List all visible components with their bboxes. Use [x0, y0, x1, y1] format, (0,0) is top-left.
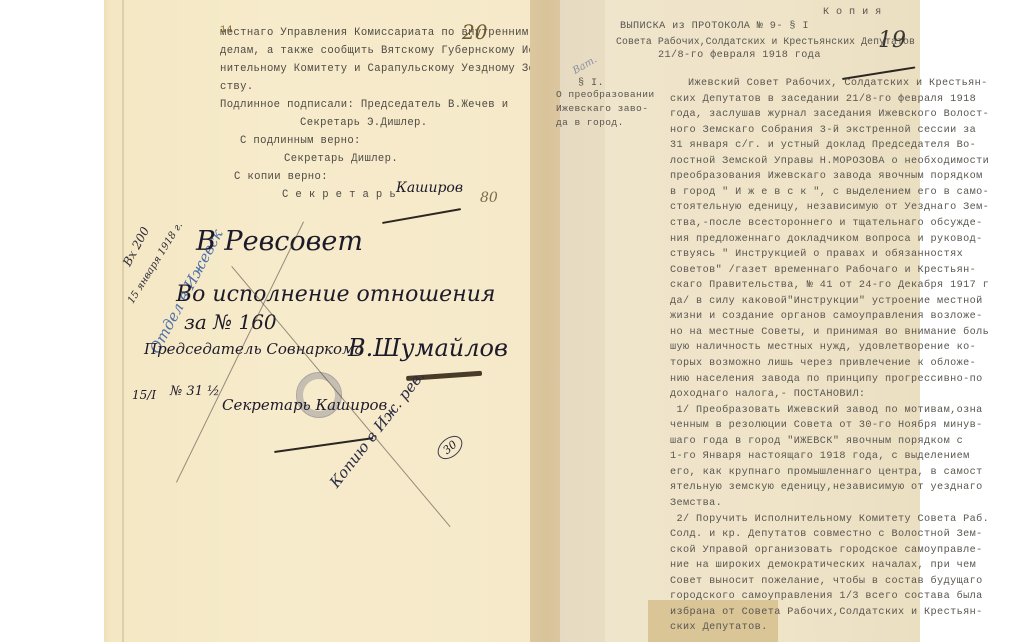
page-number-pencil: 20: [462, 20, 487, 44]
typed-line-4: ству.: [220, 78, 254, 96]
signed-original: Подлинное подписали: Председатель В.Жече…: [220, 96, 508, 114]
secretary-signature: Каширов: [396, 180, 463, 196]
secretary-handwritten: Секретарь Каширов: [222, 396, 387, 414]
signed-secretary: Секретарь Э.Дишлер.: [300, 114, 427, 132]
circled-note: 30: [433, 431, 467, 464]
chairman-signature: В.Шумайлов: [348, 334, 508, 362]
resolution-line-1: Во исполнение отношения: [176, 282, 495, 307]
secretary-label: С е к р е т а р ь: [282, 186, 396, 204]
typed-line-3: нительному Комитету и Сарапульскому Уезд…: [220, 60, 549, 78]
left-page: 14 местнаго Управления Комиссариата по в…: [104, 0, 530, 642]
diagonal-note: Копию в Иж. рев.: [326, 367, 428, 491]
resolution-body-continued: [560, 0, 920, 642]
resolution-line-2: за № 160: [184, 310, 277, 334]
registry-number: Вх 200: [120, 225, 152, 269]
true-original-label: С подлинным верно:: [240, 132, 361, 150]
signature-underline: [382, 208, 461, 224]
chairman-line: Председатель Совнаркома: [144, 340, 363, 358]
page-mark: 80: [480, 190, 498, 206]
addressee: В Ревсовет: [196, 226, 363, 257]
true-copy-label: С копии верно:: [234, 168, 328, 186]
document-spread: 14 местнаго Управления Комиссариата по в…: [0, 0, 1024, 642]
true-original-secretary: Секретарь Дишлер.: [284, 150, 398, 168]
number-note: № 31 ½: [170, 384, 220, 399]
date-note: 15/I: [132, 388, 156, 402]
typed-line-2: делам, а также сообщить Вятскому Губернс…: [220, 42, 555, 60]
